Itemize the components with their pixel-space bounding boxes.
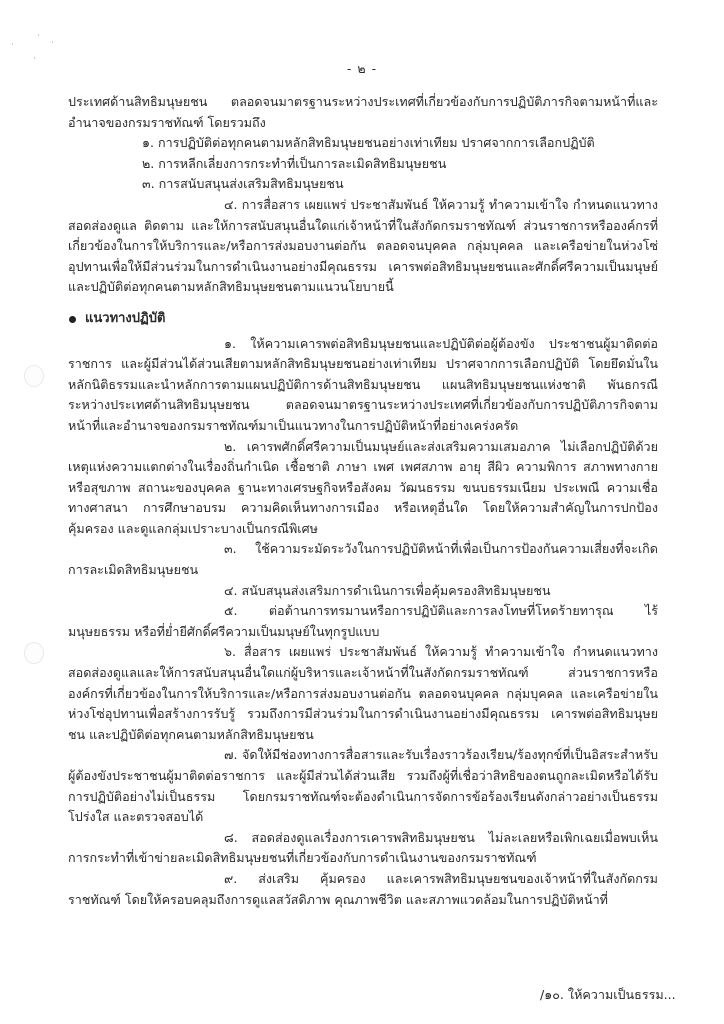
guideline-item: ๗. จัดให้มีช่องทางการสื่อสารและรับเรื่อง… bbox=[68, 745, 658, 827]
intro-item: ๓. การสนับสนุนส่งเสริมสิทธิมนุษยชน bbox=[68, 174, 658, 195]
guideline-item: ๑. ให้ความเคารพต่อสิทธิมนุษยชนและปฏิบัติ… bbox=[68, 334, 658, 437]
continuation-note: /๑๐. ให้ความเป็นธรรม... bbox=[540, 985, 676, 1005]
scan-speck bbox=[52, 41, 53, 43]
guideline-item: ๖. สื่อสาร เผยแพร่ ประชาสัมพันธ์ ให้ความ… bbox=[68, 642, 658, 745]
punch-hole-mark bbox=[24, 365, 44, 387]
section-heading: แนวทางปฏิบัติ bbox=[68, 309, 658, 330]
bullet-icon bbox=[69, 316, 76, 323]
punch-hole-mark bbox=[24, 642, 44, 664]
intro-item: ๒. การหลีกเลี่ยงการกระทำที่เป็นการละเมิด… bbox=[68, 154, 658, 175]
guideline-item: ๙. ส่งเสริม คุ้มครอง และเคารพสิทธิมนุษยช… bbox=[68, 869, 658, 910]
document-page: - ๒ - ประเทศด้านสิทธิมนุษยชน ตลอดจนมาตรฐ… bbox=[0, 0, 724, 1024]
guideline-item: ๔. สนับสนุนส่งเสริมการดำเนินการเพื่อคุ้ม… bbox=[68, 581, 658, 602]
guideline-item: ๓. ใช้ความระมัดระวังในการปฏิบัติหน้าที่เ… bbox=[68, 539, 658, 580]
guideline-item: ๘. สอดส่องดูแลเรื่องการเคารพสิทธิมนุษยชน… bbox=[68, 828, 658, 869]
scan-speck bbox=[12, 43, 13, 45]
page-number: - ๒ - bbox=[0, 59, 724, 79]
intro-item: ๑. การปฏิบัติต่อทุกคนตามหลักสิทธิมนุษยชน… bbox=[68, 133, 658, 154]
section-heading-text: แนวทางปฏิบัติ bbox=[85, 309, 165, 330]
guideline-item: ๕. ต่อต้านการทรมานหรือการปฏิบัติและการลง… bbox=[68, 601, 658, 642]
intro-item: ๔. การสื่อสาร เผยแพร่ ประชาสัมพันธ์ ให้ค… bbox=[68, 195, 658, 298]
document-body: ประเทศด้านสิทธิมนุษยชน ตลอดจนมาตรฐานระหว… bbox=[68, 92, 658, 910]
scan-speck bbox=[38, 34, 39, 36]
intro-paragraph: ประเทศด้านสิทธิมนุษยชน ตลอดจนมาตรฐานระหว… bbox=[68, 92, 658, 133]
guideline-item: ๒. เคารพศักดิ์ศรีความเป็นมนุษย์และส่งเสร… bbox=[68, 437, 658, 540]
